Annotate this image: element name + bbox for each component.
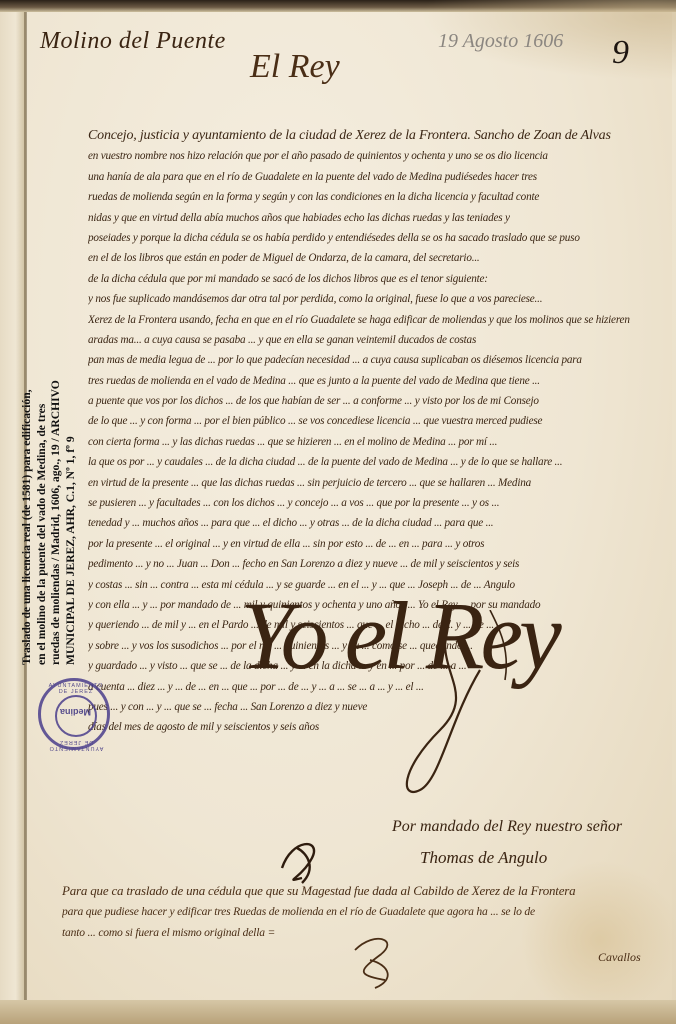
endorsement-line: Para que ca traslado de una cédula que q… <box>62 880 622 901</box>
body-line: a puente que vos por los dichos ... de l… <box>88 391 658 411</box>
body-line: poseiades y porque la dicha cédula se os… <box>88 228 658 248</box>
body-line: de la dicha cédula que por mi mandado se… <box>88 269 658 289</box>
by-order-line: Por mandado del Rey nuestro señor <box>392 818 622 836</box>
body-line: una hanía de ala para que en el río de G… <box>88 167 658 187</box>
stamp-ring-text: AYUNTAMIENTO DE JEREZ <box>47 739 105 751</box>
body-line: en vuestro nombre nos hizo relación que … <box>88 146 658 166</box>
endorsement-note: Para que ca traslado de una cédula que q… <box>62 880 622 943</box>
rubric-flourish-icon <box>350 930 410 990</box>
stamp-ring-text: AYUNTAMIENTO DE JEREZ <box>47 683 105 695</box>
body-line: nidas y que en virtud della abía muchos … <box>88 208 658 228</box>
archive-stamp: AYUNTAMIENTO DE JEREZ Medina AYUNTAMIENT… <box>38 678 110 750</box>
body-line: por la presente ... el original ... y en… <box>88 534 658 554</box>
body-line: se pusieren ... y facultades ... con los… <box>88 493 658 513</box>
caption-line: en el molino de la puente del vado de Me… <box>35 305 50 665</box>
archival-caption: Traslado de una licencia real (de 1581) … <box>20 305 78 665</box>
endorsement-line: para que pudiese hacer y edificar tres R… <box>62 901 622 922</box>
rubric-flourish-icon <box>272 828 332 888</box>
body-line: la que os por ... y caudales ... de la d… <box>88 452 658 472</box>
caption-line: Traslado de una licencia real (de 1581) … <box>20 305 35 665</box>
body-line: de lo que ... y con forma ... por el bie… <box>88 411 658 431</box>
bottom-page-edge <box>0 1000 676 1024</box>
clerk-signature: Cavallos <box>598 950 641 965</box>
countersigner-signature: Thomas de Angulo <box>420 848 547 868</box>
margin-title: Molino del Puente <box>40 28 226 55</box>
body-line: en virtud de la presente ... que las dic… <box>88 473 658 493</box>
body-line: Concejo, justicia y ayuntamiento de la c… <box>88 126 658 146</box>
endorsement-line: tanto ... como si fuera el mismo origina… <box>62 922 622 943</box>
stamp-center-text: Medina <box>61 707 91 717</box>
caption-line: MUNICIPAL DE JEREZ, AHR, C.1, Nº 1, fº 9 <box>64 305 79 665</box>
body-line: y nos fue suplicado mandásemos dar otra … <box>88 289 658 309</box>
body-line: pan mas de media legua de ... por lo que… <box>88 350 658 370</box>
body-line: aradas ma... a cuya causa se pasaba ... … <box>88 330 658 350</box>
caption-line: ruedas de moliendas / Madrid, 1606, ago.… <box>49 305 64 665</box>
body-line: Xerez de la Frontera usando, fecha en qu… <box>88 310 658 330</box>
body-line: tres ruedas de molienda en el vado de Me… <box>88 371 658 391</box>
body-line: con cierta forma ... y las dichas ruedas… <box>88 432 658 452</box>
body-line: en el de los libros que están en poder d… <box>88 248 658 268</box>
body-line: pedimento ... y no ... Juan ... Don ... … <box>88 554 658 574</box>
signature-flourish-icon <box>360 610 540 810</box>
body-line: tenedad y ... muchos años ... para que .… <box>88 513 658 533</box>
folio-number: 9 <box>612 34 629 72</box>
body-line: ruedas de molienda según en la forma y s… <box>88 187 658 207</box>
pencil-date: 19 Agosto 1606 <box>438 30 563 53</box>
document-heading: El Rey <box>250 48 340 86</box>
